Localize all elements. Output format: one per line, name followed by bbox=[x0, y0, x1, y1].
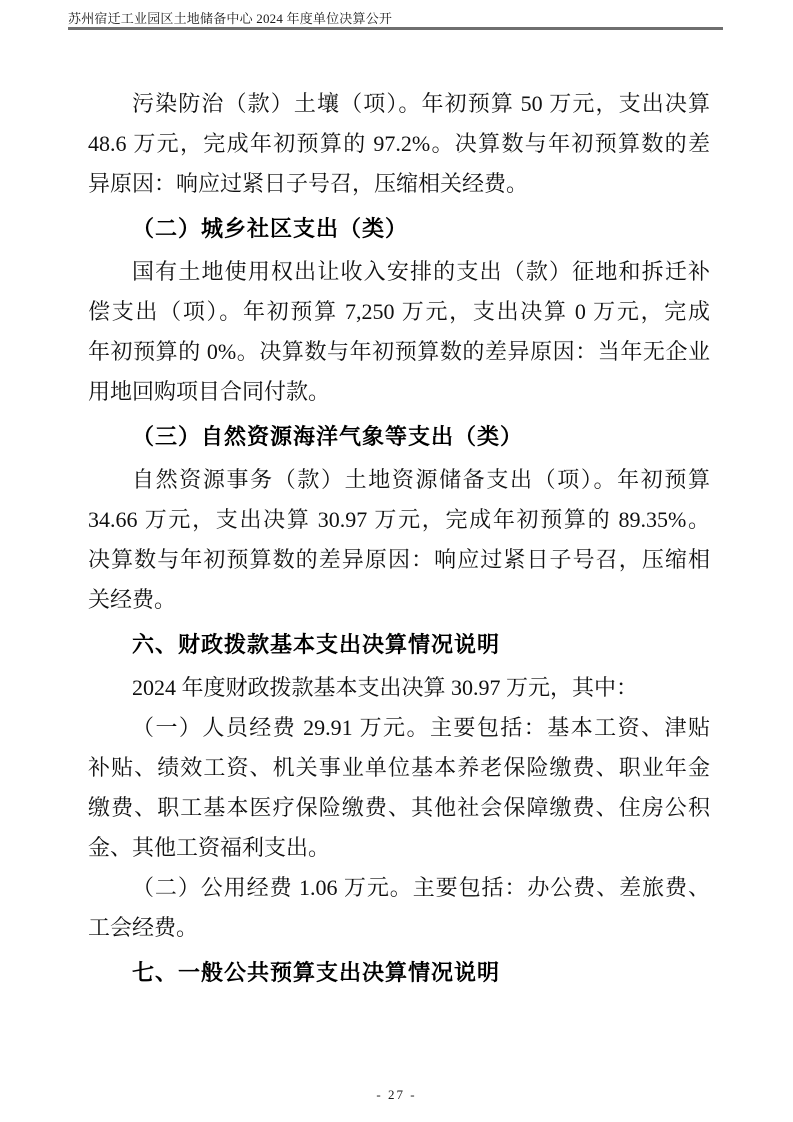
section-heading: 七、一般公共预算支出决算情况说明 bbox=[88, 953, 710, 993]
text-line: 自然资源事务（款）土地资源储备支出（项）。年初预算 bbox=[88, 460, 710, 500]
header-rule bbox=[68, 27, 723, 30]
text-line: 年初预算的 0%。决算数与年初预算数的差异原因：当年无企业 bbox=[88, 332, 710, 372]
section-heading: （二）城乡社区支出（类） bbox=[88, 209, 710, 249]
text-line: 污染防治（款）土壤（项）。年初预算 50 万元，支出决算 bbox=[88, 84, 710, 124]
section-heading: （三）自然资源海洋气象等支出（类） bbox=[88, 417, 710, 457]
text-line: 异原因：响应过紧日子号召，压缩相关经费。 bbox=[88, 164, 710, 204]
page-header: 苏州宿迁工业园区土地储备中心 2024 年度单位决算公开 bbox=[68, 11, 723, 26]
text-line: 补贴、绩效工资、机关事业单位基本养老保险缴费、职业年金 bbox=[88, 748, 710, 788]
text-line: 2024 年度财政拨款基本支出决算 30.97 万元，其中： bbox=[88, 668, 710, 708]
document-body: 污染防治（款）土壤（项）。年初预算 50 万元，支出决算48.6 万元，完成年初… bbox=[88, 84, 710, 996]
text-line: 缴费、职工基本医疗保险缴费、其他社会保障缴费、住房公积 bbox=[88, 788, 710, 828]
text-line: 偿支出（项）。年初预算 7,250 万元，支出决算 0 万元，完成 bbox=[88, 292, 710, 332]
text-line: 决算数与年初预算数的差异原因：响应过紧日子号召，压缩相 bbox=[88, 540, 710, 580]
text-line: 金、其他工资福利支出。 bbox=[88, 828, 710, 868]
text-line: 国有土地使用权出让收入安排的支出（款）征地和拆迁补 bbox=[88, 252, 710, 292]
page-number: - 27 - bbox=[376, 1087, 416, 1102]
text-line: 工会经费。 bbox=[88, 908, 710, 948]
text-line: 48.6 万元，完成年初预算的 97.2%。决算数与年初预算数的差 bbox=[88, 124, 710, 164]
page-footer: - 27 - bbox=[0, 1086, 793, 1104]
text-line: 关经费。 bbox=[88, 580, 710, 620]
text-line: 34.66 万元，支出决算 30.97 万元，完成年初预算的 89.35%。 bbox=[88, 500, 710, 540]
text-line: （二）公用经费 1.06 万元。主要包括：办公费、差旅费、 bbox=[88, 868, 710, 908]
header-title: 苏州宿迁工业园区土地储备中心 2024 年度单位决算公开 bbox=[68, 11, 723, 26]
section-heading: 六、财政拨款基本支出决算情况说明 bbox=[88, 625, 710, 665]
document-page: 苏州宿迁工业园区土地储备中心 2024 年度单位决算公开 污染防治（款）土壤（项… bbox=[0, 0, 793, 1122]
text-line: （一）人员经费 29.91 万元。主要包括：基本工资、津贴 bbox=[88, 708, 710, 748]
text-line: 用地回购项目合同付款。 bbox=[88, 372, 710, 412]
